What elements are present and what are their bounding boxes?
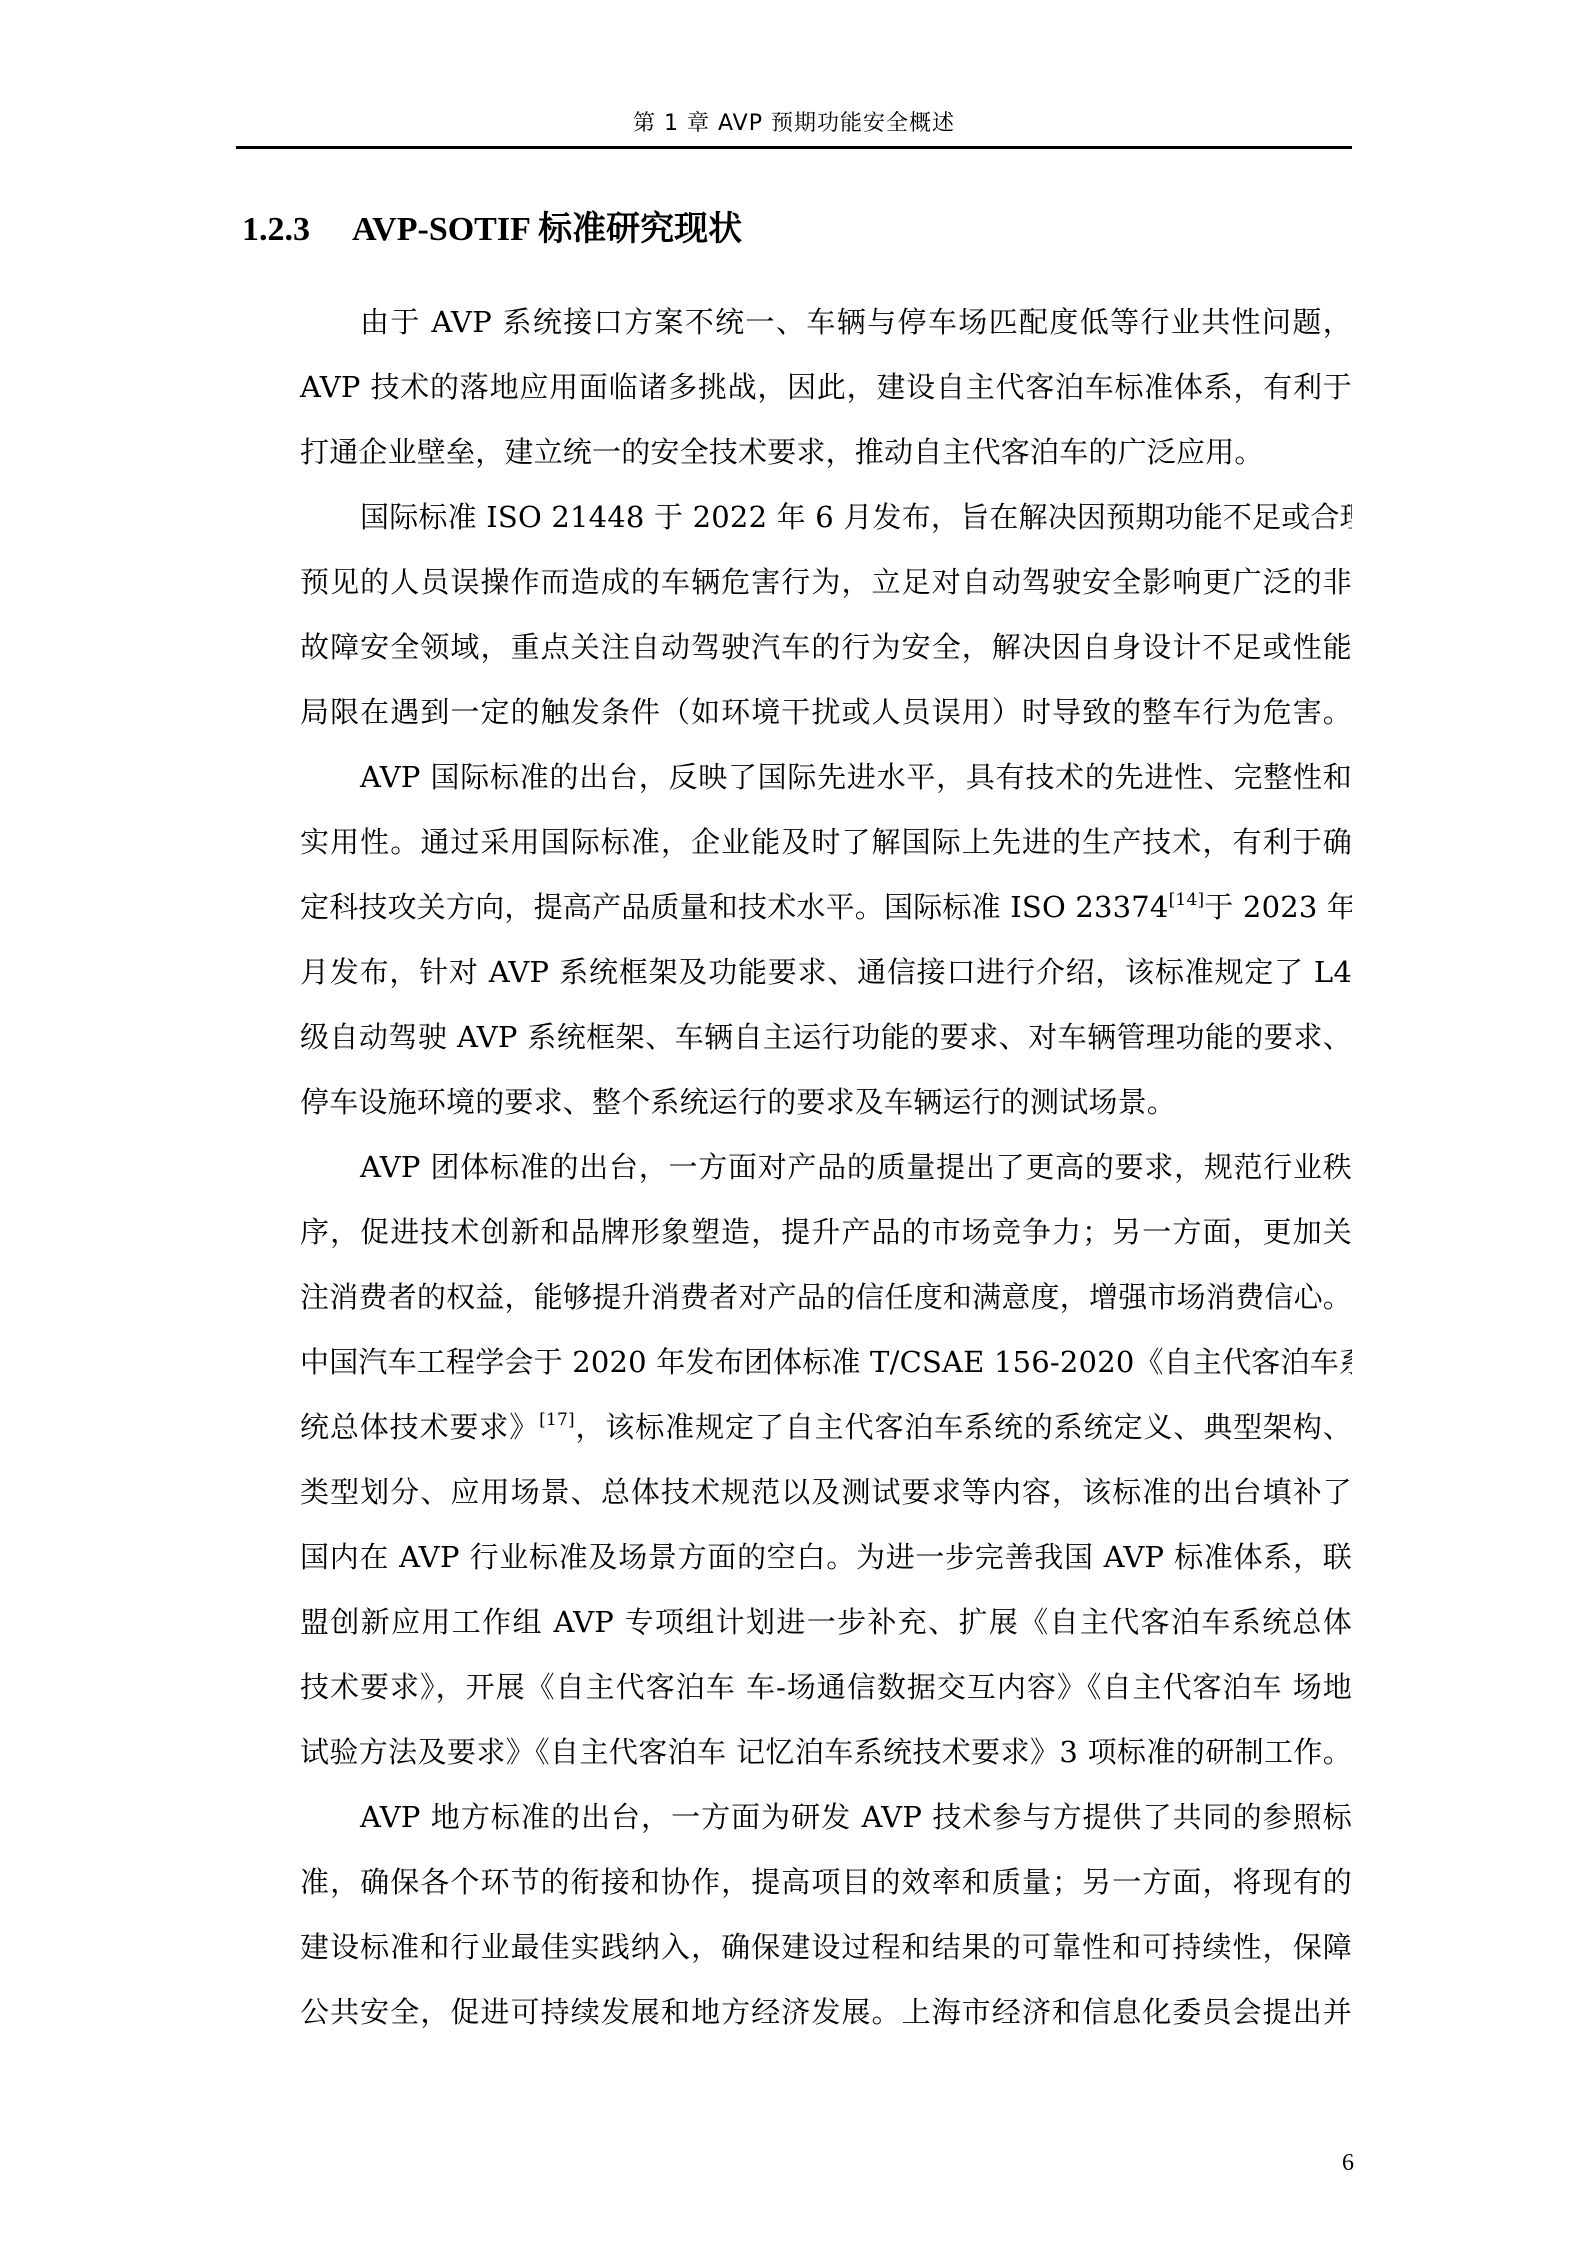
text-line: 盟创新应用工作组 AVP 专项组计划进一步补充、扩展《自主代客泊车系统总体 bbox=[242, 1590, 1352, 1655]
text-line: 国内在 AVP 行业标准及场景方面的空白。为进一步完善我国 AVP 标准体系，联 bbox=[242, 1525, 1352, 1590]
text-line: 注消费者的权益，能够提升消费者对产品的信任度和满意度，增强市场消费信心。 bbox=[242, 1265, 1352, 1330]
text-line: 月发布，针对 AVP 系统框架及功能要求、通信接口进行介绍，该标准规定了 L4 bbox=[242, 940, 1352, 1005]
text-line-with-citation: 定科技攻关方向，提高产品质量和技术水平。国际标准 ISO 23374[14]于 … bbox=[242, 875, 1352, 940]
text-line: 实用性。通过采用国际标准，企业能及时了解国际上先进的生产技术，有利于确 bbox=[242, 810, 1352, 875]
paragraph-3: AVP 国际标准的出台，反映了国际先进水平，具有技术的先进性、完整性和 实用性。… bbox=[242, 745, 1352, 1135]
header-rule bbox=[236, 146, 1352, 149]
paragraph-4: AVP 团体标准的出台，一方面对产品的质量提出了更高的要求，规范行业秩 序，促进… bbox=[242, 1135, 1352, 1785]
text-segment: 于 2023 年 7 bbox=[1204, 890, 1352, 924]
text-segment: ，该标准规定了自主代客泊车系统的系统定义、典型架构、 bbox=[575, 1410, 1352, 1444]
section-heading: 1.2.3AVP-SOTIF 标准研究现状 bbox=[242, 208, 742, 252]
paragraph-1: 由于 AVP 系统接口方案不统一、车辆与停车场匹配度低等行业共性问题， AVP … bbox=[242, 290, 1352, 485]
text-line: 类型划分、应用场景、总体技术规范以及测试要求等内容，该标准的出台填补了 bbox=[242, 1460, 1352, 1525]
body-text: 由于 AVP 系统接口方案不统一、车辆与停车场匹配度低等行业共性问题， AVP … bbox=[242, 290, 1352, 2045]
text-segment: 统总体技术要求》 bbox=[300, 1410, 539, 1444]
paragraph-2: 国际标准 ISO 21448 于 2022 年 6 月发布，旨在解决因预期功能不… bbox=[242, 485, 1352, 745]
text-line: 停车设施环境的要求、整个系统运行的要求及车辆运行的测试场景。 bbox=[242, 1070, 1352, 1135]
citation-14[interactable]: [14] bbox=[1169, 890, 1205, 910]
text-line: 中国汽车工程学会于 2020 年发布团体标准 T/CSAE 156-2020《自… bbox=[242, 1330, 1352, 1395]
text-line: 公共安全，促进可持续发展和地方经济发展。上海市经济和信息化委员会提出并 bbox=[242, 1980, 1352, 2045]
text-line: 试验方法及要求》《自主代客泊车 记忆泊车系统技术要求》3 项标准的研制工作。 bbox=[242, 1720, 1352, 1785]
text-segment: 定科技攻关方向，提高产品质量和技术水平。国际标准 ISO 23374 bbox=[300, 890, 1169, 924]
text-line: 故障安全领域，重点关注自动驾驶汽车的行为安全，解决因自身设计不足或性能 bbox=[242, 615, 1352, 680]
running-header: 第 1 章 AVP 预期功能安全概述 bbox=[236, 110, 1352, 138]
text-line: 打通企业壁垒，建立统一的安全技术要求，推动自主代客泊车的广泛应用。 bbox=[242, 420, 1352, 485]
text-line: AVP 团体标准的出台，一方面对产品的质量提出了更高的要求，规范行业秩 bbox=[242, 1135, 1352, 1200]
text-line: AVP 地方标准的出台，一方面为研发 AVP 技术参与方提供了共同的参照标 bbox=[242, 1785, 1352, 1850]
text-line: 准，确保各个环节的衔接和协作，提高项目的效率和质量；另一方面，将现有的 bbox=[242, 1850, 1352, 1915]
text-line-with-citation: 统总体技术要求》[17]，该标准规定了自主代客泊车系统的系统定义、典型架构、 bbox=[242, 1395, 1352, 1460]
text-line: 序，促进技术创新和品牌形象塑造，提升产品的市场竞争力；另一方面，更加关 bbox=[242, 1200, 1352, 1265]
page-number: 6 bbox=[1330, 2148, 1354, 2178]
text-line: 由于 AVP 系统接口方案不统一、车辆与停车场匹配度低等行业共性问题， bbox=[242, 290, 1352, 355]
text-line: 国际标准 ISO 21448 于 2022 年 6 月发布，旨在解决因预期功能不… bbox=[242, 485, 1352, 550]
text-line: AVP 技术的落地应用面临诸多挑战，因此，建设自主代客泊车标准体系，有利于 bbox=[242, 355, 1352, 420]
section-title: AVP-SOTIF 标准研究现状 bbox=[352, 211, 742, 248]
text-line: 级自动驾驶 AVP 系统框架、车辆自主运行功能的要求、对车辆管理功能的要求、 bbox=[242, 1005, 1352, 1070]
text-line: AVP 国际标准的出台，反映了国际先进水平，具有技术的先进性、完整性和 bbox=[242, 745, 1352, 810]
citation-17[interactable]: [17] bbox=[539, 1410, 575, 1430]
text-line: 局限在遇到一定的触发条件（如环境干扰或人员误用）时导致的整车行为危害。 bbox=[242, 680, 1352, 745]
section-number: 1.2.3 bbox=[242, 208, 352, 252]
text-line: 技术要求》，开展《自主代客泊车 车-场通信数据交互内容》《自主代客泊车 场地 bbox=[242, 1655, 1352, 1720]
text-line: 建设标准和行业最佳实践纳入，确保建设过程和结果的可靠性和可持续性，保障 bbox=[242, 1915, 1352, 1980]
text-line: 预见的人员误操作而造成的车辆危害行为，立足对自动驾驶安全影响更广泛的非 bbox=[242, 550, 1352, 615]
paragraph-5: AVP 地方标准的出台，一方面为研发 AVP 技术参与方提供了共同的参照标 准，… bbox=[242, 1785, 1352, 2045]
